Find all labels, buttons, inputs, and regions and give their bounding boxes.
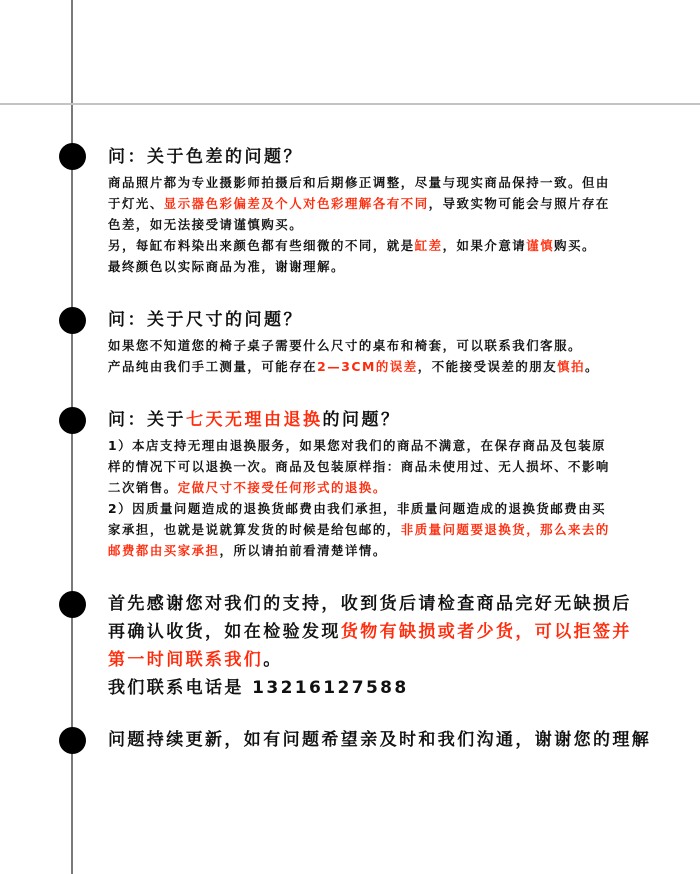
body-line: 问题持续更新，如有问题希望亲及时和我们沟通，谢谢您的理解 [108, 726, 688, 754]
text-span: ，导致实物可能会与照片存在 [429, 196, 610, 211]
highlight-text: 邮费都由买家承担 [108, 543, 220, 558]
body-line: 首先感谢您对我们的支持，收到货后请检查商品完好无缺损后 [108, 590, 688, 618]
body-line: 二次销售。定做尺寸不接受任何形式的退换。 [108, 477, 688, 498]
notice-section-receipt: 首先感谢您对我们的支持，收到货后请检查商品完好无缺损后 再确认收货，如在检验发现… [108, 590, 688, 702]
section-body: 商品照片都为专业摄影师拍摄后和后期修正调整，尽量与现实商品保持一致。但由 于灯光… [108, 172, 688, 277]
text-span: 问题持续更新，如有问题希望亲及时和我们沟通，谢谢您的理解 [108, 730, 651, 750]
text-span: 商品照片都为专业摄影师拍摄后和后期修正调整，尽量与现实商品保持一致。但由 [108, 175, 610, 190]
body-line: 2）因质量问题造成的退换货邮费由我们承担，非质量问题造成的退换货邮费由买 [108, 498, 688, 519]
text-span: ，不能接受误差的朋友 [418, 359, 557, 374]
timeline-dot-icon [59, 143, 86, 170]
text-span: 最终颜色以实际商品为准，谢谢理解。 [108, 259, 345, 274]
text-span: 。 [263, 650, 282, 670]
body-line: 于灯光、显示器色彩偏差及个人对色彩理解各有不同，导致实物可能会与照片存在 [108, 193, 688, 214]
highlight-text: 谨慎 [526, 238, 554, 253]
text-span: 首先感谢您对我们的支持，收到货后请检查商品完好无缺损后 [108, 594, 632, 614]
highlight-text: 七天无理由退换 [186, 410, 323, 430]
text-span: 。 [585, 359, 599, 374]
text-span: 如果您不知道您的椅子桌子需要什么尺寸的桌布和椅套，可以联系我们客服。 [108, 338, 582, 353]
body-line: 第一时间联系我们。 [108, 646, 688, 674]
body-line: 如果您不知道您的椅子桌子需要什么尺寸的桌布和椅套，可以联系我们客服。 [108, 335, 688, 356]
body-line: 商品照片都为专业摄影师拍摄后和后期修正调整，尽量与现实商品保持一致。但由 [108, 172, 688, 193]
section-title: 问：关于七天无理由退换的问题？ [108, 409, 688, 431]
text-span: ，所以请拍前看清楚详情。 [220, 543, 387, 558]
text-span: 的问题？ [323, 410, 401, 430]
timeline-dot-icon [59, 307, 86, 334]
section-body: 如果您不知道您的椅子桌子需要什么尺寸的桌布和椅套，可以联系我们客服。 产品纯由我… [108, 335, 688, 377]
text-span: 色差，如无法接受请谨慎购买。 [108, 217, 303, 232]
faq-section-size: 问：关于尺寸的问题？ 如果您不知道您的椅子桌子需要什么尺寸的桌布和椅套，可以联系… [108, 309, 688, 377]
highlight-text: 定做尺寸不接受任何形式的退换。 [178, 480, 387, 495]
timeline-dot-icon [59, 727, 86, 754]
text-span: 另，每缸布料染出来颜色都有些细微的不同，就是 [108, 238, 415, 253]
timeline-dot-icon [59, 591, 86, 618]
section-title: 问：关于尺寸的问题？ [108, 309, 688, 331]
highlight-text: 缸差 [415, 238, 443, 253]
body-line: 邮费都由买家承担，所以请拍前看清楚详情。 [108, 540, 688, 561]
highlight-text: 慎拍 [557, 359, 585, 374]
contact-phone-line: 我们联系电话是 13216127588 [108, 674, 688, 702]
text-span: 二次销售。 [108, 480, 178, 495]
body-line: 最终颜色以实际商品为准，谢谢理解。 [108, 256, 688, 277]
section-body: 1）本店支持无理由退换服务，如果您对我们的商品不满意，在保存商品及包装原 样的情… [108, 435, 688, 561]
body-line: 再确认收货，如在检验发现货物有缺损或者少货，可以拒签并 [108, 618, 688, 646]
highlight-text: 非质量问题要退换货，那么来去的 [401, 522, 610, 537]
contact-phone: 我们联系电话是 13216127588 [108, 678, 409, 698]
highlight-text: 2—3CM的误差 [317, 359, 418, 374]
body-line: 另，每缸布料染出来颜色都有些细微的不同，就是缸差，如果介意请谨慎购买。 [108, 235, 688, 256]
text-span: 样的情况下可以退换一次。商品及包装原样指：商品未使用过、无人损坏、不影响 [108, 459, 610, 474]
body-line: 色差，如无法接受请谨慎购买。 [108, 214, 688, 235]
text-span: 购买。 [554, 238, 596, 253]
text-span: 产品纯由我们手工测量，可能存在 [108, 359, 317, 374]
text-span: 1）本店支持无理由退换服务，如果您对我们的商品不满意，在保存商品及包装原 [108, 438, 606, 453]
text-span: 于灯光、 [108, 196, 164, 211]
highlight-text: 第一时间联系我们 [108, 650, 263, 670]
timeline-dot-icon [59, 407, 86, 434]
header-divider-line [0, 103, 700, 105]
notice-section-closing: 问题持续更新，如有问题希望亲及时和我们沟通，谢谢您的理解 [108, 726, 688, 754]
text-span: ，如果介意请 [443, 238, 527, 253]
body-line: 家承担，也就是说就算发货的时候是给包邮的，非质量问题要退换货，那么来去的 [108, 519, 688, 540]
body-line: 1）本店支持无理由退换服务，如果您对我们的商品不满意，在保存商品及包装原 [108, 435, 688, 456]
text-span: 问：关于 [108, 410, 186, 430]
faq-section-color-difference: 问：关于色差的问题？ 商品照片都为专业摄影师拍摄后和后期修正调整，尽量与现实商品… [108, 146, 688, 277]
text-span: 再确认收货，如在检验发现 [108, 622, 341, 642]
section-title: 问：关于色差的问题？ [108, 146, 688, 168]
highlight-text: 货物有缺损或者少货，可以拒签并 [341, 622, 632, 642]
text-span: 家承担，也就是说就算发货的时候是给包邮的， [108, 522, 401, 537]
text-span: 2）因质量问题造成的退换货邮费由我们承担，非质量问题造成的退换货邮费由买 [108, 501, 606, 516]
highlight-text: 显示器色彩偏差及个人对色彩理解各有不同 [164, 196, 429, 211]
faq-section-returns: 问：关于七天无理由退换的问题？ 1）本店支持无理由退换服务，如果您对我们的商品不… [108, 409, 688, 561]
body-line: 样的情况下可以退换一次。商品及包装原样指：商品未使用过、无人损坏、不影响 [108, 456, 688, 477]
body-line: 产品纯由我们手工测量，可能存在2—3CM的误差，不能接受误差的朋友慎拍。 [108, 356, 688, 377]
